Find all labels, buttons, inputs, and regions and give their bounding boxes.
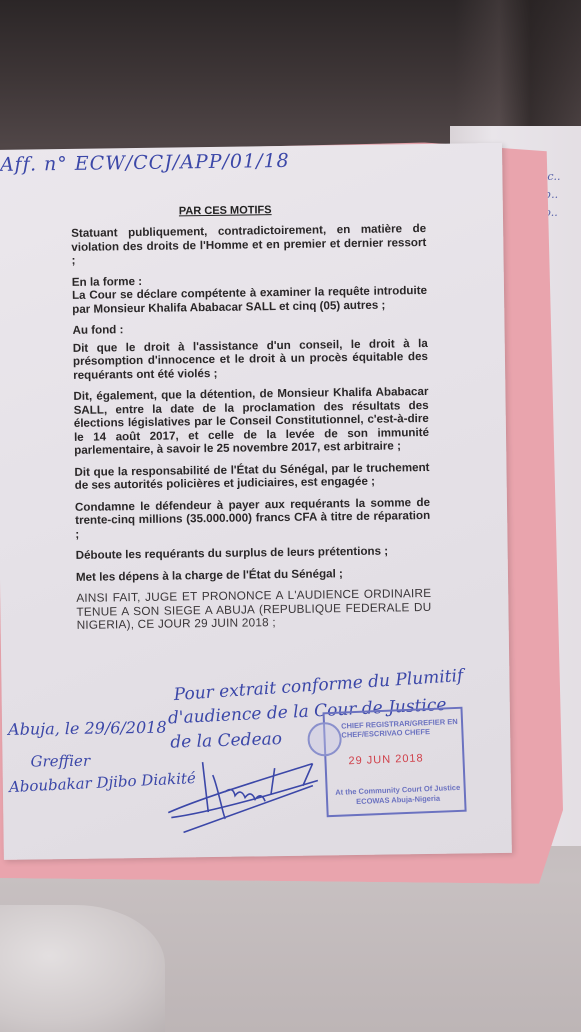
merits-paragraph-2: Dit, également, que la détention, de Mon…: [73, 385, 429, 457]
case-reference: Aff. n° ECW/CCJ/APP/01/18: [0, 150, 290, 176]
closing-paragraph: AINSI FAIT, JUGE ET PRONONCE A L'AUDIENC…: [76, 587, 432, 632]
merits-paragraph-3: Dit que la responsabilité de l'État du S…: [74, 460, 429, 492]
court-ruling-page: Aff. n° ECW/CCJ/APP/01/18 PAR CES MOTIFS…: [0, 143, 512, 860]
merits-label: Au fond :: [72, 319, 427, 337]
certification-line-3: de la Cedeao: [170, 729, 282, 752]
merits-paragraph-6: Met les dépens à la charge de l'État du …: [76, 565, 431, 583]
merits-paragraph-5: Déboute les requérants du surplus de leu…: [76, 544, 431, 562]
ruling-body: Statuant publiquement, contradictoiremen…: [71, 222, 432, 640]
section-title: PAR CES MOTIFS: [179, 204, 272, 217]
ecowas-seal-icon: [307, 722, 342, 757]
place-date: Abuja, le 29/6/2018: [8, 718, 167, 739]
stamp-title: CHIEF REGISTRAR/GREFIER EN CHEF/ESCRIVAO…: [341, 717, 462, 740]
pillow-background: [0, 905, 165, 1032]
signer-role: Greffier: [30, 752, 90, 771]
registrar-stamp: CHIEF REGISTRAR/GREFIER EN CHEF/ESCRIVAO…: [323, 707, 467, 818]
form-paragraph: La Cour se déclare compétente à examiner…: [72, 284, 427, 316]
signature-icon: [163, 755, 324, 837]
merits-paragraph-1: Dit que le droit à l'assistance d'un con…: [73, 336, 429, 381]
preamble-paragraph: Statuant publiquement, contradictoiremen…: [71, 222, 427, 267]
merits-paragraph-4: Condamne le défendeur à payer aux requér…: [75, 495, 431, 540]
stamp-footer: At the Community Court Of Justice ECOWAS…: [332, 783, 465, 808]
background-curtain: [455, 0, 581, 140]
stamp-date: 29 JUN 2018: [348, 752, 424, 767]
